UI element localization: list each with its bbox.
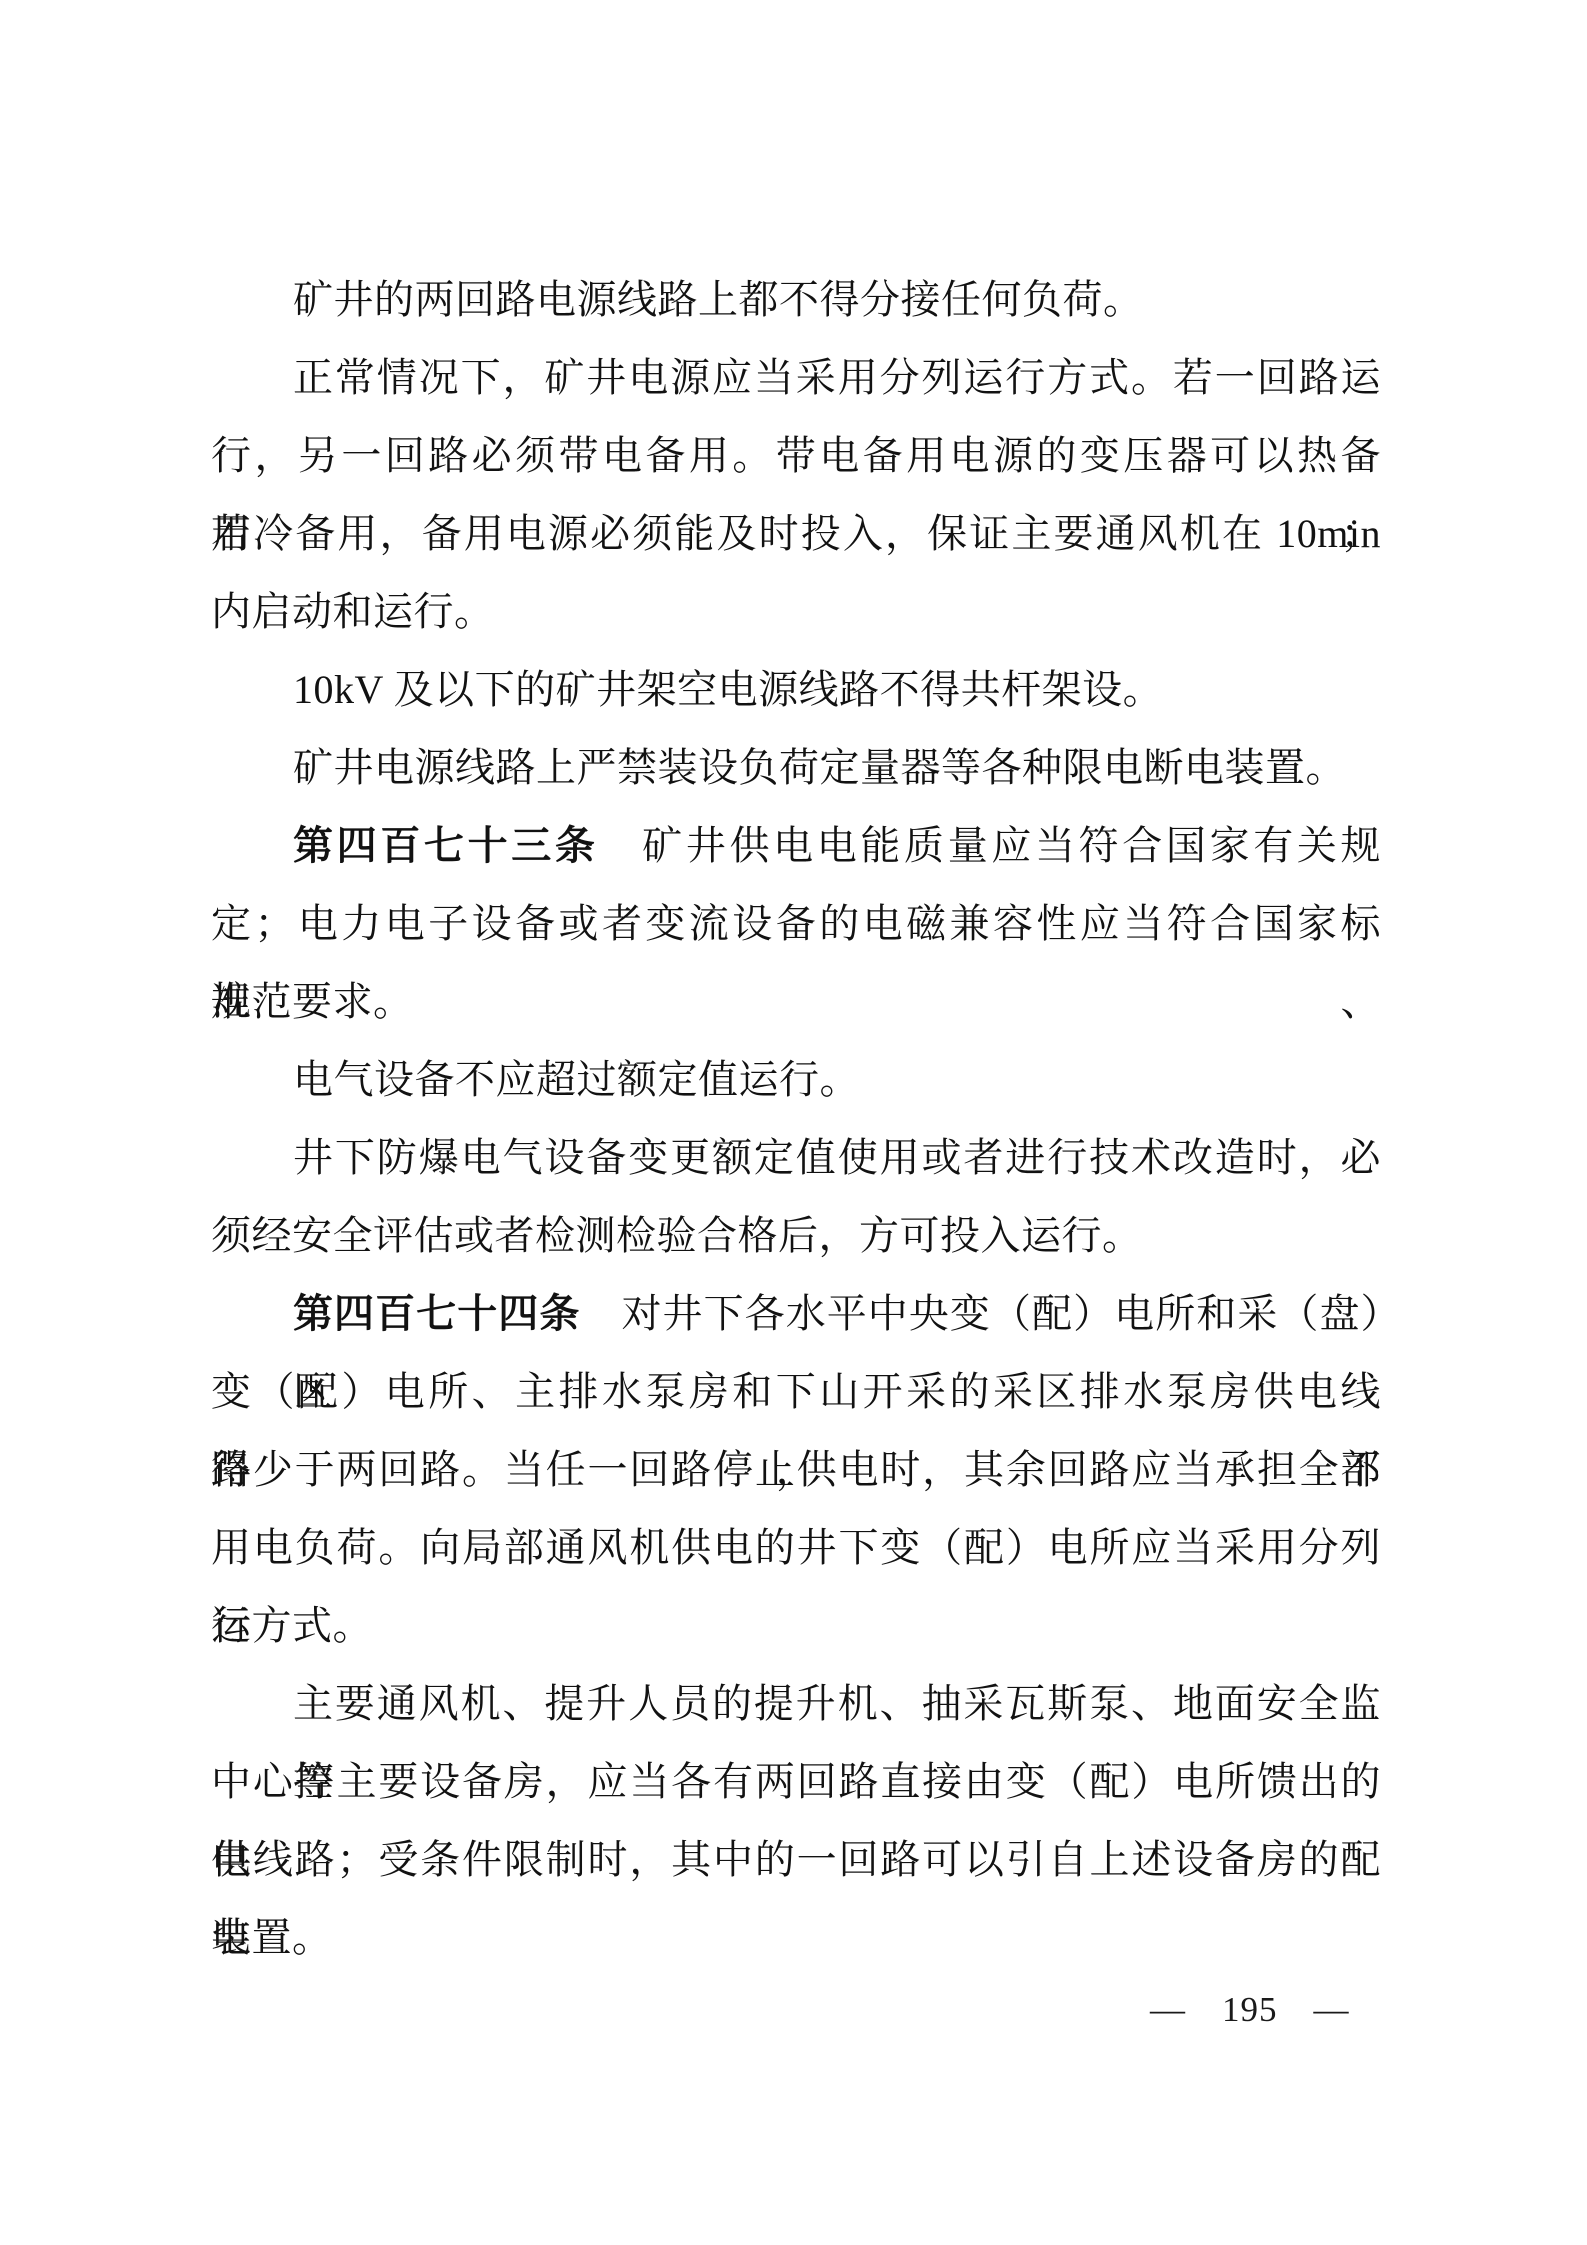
text-line: 内启动和运行。	[211, 573, 1381, 651]
text-line: 得少于两回路。当任一回路停止供电时，其余回路应当承担全部	[211, 1431, 1381, 1509]
text-segment: 得少于两回路。当任一回路停止供电时，其余回路应当承担全部	[211, 1447, 1381, 1492]
text-line: 10kV 及以下的矿井架空电源线路不得共杆架设。	[211, 651, 1381, 729]
text-line: 变（配）电所、主排水泵房和下山开采的采区排水泵房供电线路，不	[211, 1353, 1381, 1431]
page-number: — 195 —	[1150, 1988, 1350, 2032]
text-line: 第四百七十三条 矿井供电电能质量应当符合国家有关规	[211, 807, 1381, 885]
text-segment: 行方式。	[211, 1603, 373, 1648]
text-line: 矿井的两回路电源线路上都不得分接任何负荷。	[211, 261, 1381, 339]
text-line: 第四百七十四条 对井下各水平中央变（配）电所和采（盘）区	[211, 1275, 1381, 1353]
text-segment: 矿井的两回路电源线路上都不得分接任何负荷。	[293, 277, 1144, 322]
text-line: 须经安全评估或者检测检验合格后，方可投入运行。	[211, 1197, 1381, 1275]
text-segment: 内启动和运行。	[211, 589, 495, 634]
text-segment: 井下防爆电气设备变更额定值使用或者进行技术改造时，必	[293, 1135, 1381, 1180]
text-line: 井下防爆电气设备变更额定值使用或者进行技术改造时，必	[211, 1119, 1381, 1197]
text-line: 正常情况下，矿井电源应当采用分列运行方式。若一回路运	[211, 339, 1381, 417]
text-segment: 规范要求。	[211, 979, 414, 1024]
text-line: 中心等主要设备房，应当各有两回路直接由变（配）电所馈出的供	[211, 1743, 1381, 1821]
text-line: 用电负荷。向局部通风机供电的井下变（配）电所应当采用分列运	[211, 1509, 1381, 1587]
text-segment: 矿井供电电能质量应当符合国家有关规	[599, 823, 1381, 868]
text-segment: 10kV 及以下的矿井架空电源线路不得共杆架设。	[293, 667, 1163, 712]
text-line: 行方式。	[211, 1587, 1381, 1665]
text-line: 若冷备用，备用电源必须能及时投入，保证主要通风机在 10min	[211, 495, 1381, 573]
article-number-heading: 第四百七十四条	[293, 1292, 580, 1336]
text-line: 装置。	[211, 1899, 1381, 1977]
text-segment: 矿井电源线路上严禁装设负荷定量器等各种限电断电装置。	[293, 745, 1346, 790]
article-number-heading: 第四百七十三条	[293, 824, 599, 868]
document-page: 矿井的两回路电源线路上都不得分接任何负荷。正常情况下，矿井电源应当采用分列运行方…	[0, 0, 1587, 2245]
text-line: 主要通风机、提升人员的提升机、抽采瓦斯泵、地面安全监控	[211, 1665, 1381, 1743]
text-line: 电线路；受条件限制时，其中的一回路可以引自上述设备房的配电	[211, 1821, 1381, 1899]
text-segment: 若冷备用，备用电源必须能及时投入，保证主要通风机在 10min	[211, 511, 1381, 556]
text-line: 定；电力电子设备或者变流设备的电磁兼容性应当符合国家标准、	[211, 885, 1381, 963]
text-block: 矿井的两回路电源线路上都不得分接任何负荷。正常情况下，矿井电源应当采用分列运行方…	[211, 261, 1381, 1977]
text-segment: 电气设备不应超过额定值运行。	[293, 1057, 860, 1102]
text-segment: 装置。	[211, 1915, 333, 1960]
text-segment: 正常情况下，矿井电源应当采用分列运行方式。若一回路运	[293, 355, 1381, 400]
text-line: 电气设备不应超过额定值运行。	[211, 1041, 1381, 1119]
text-line: 行，另一回路必须带电备用。带电备用电源的变压器可以热备用；	[211, 417, 1381, 495]
text-line: 矿井电源线路上严禁装设负荷定量器等各种限电断电装置。	[211, 729, 1381, 807]
text-segment: 须经安全评估或者检测检验合格后，方可投入运行。	[211, 1213, 1143, 1258]
